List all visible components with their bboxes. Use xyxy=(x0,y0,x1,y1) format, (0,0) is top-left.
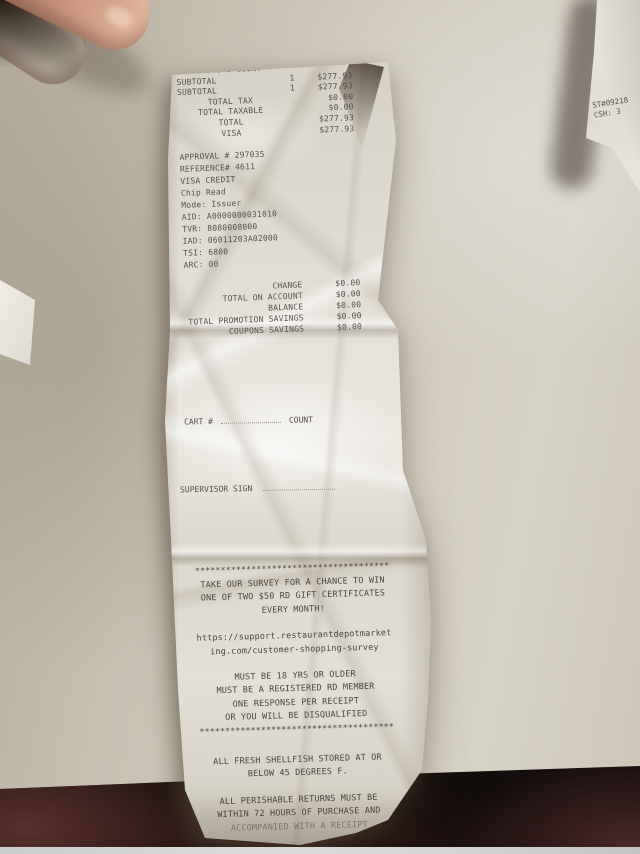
floor-baseboard xyxy=(0,847,640,854)
receipt-footer-section: ************************************** T… xyxy=(166,559,425,837)
cart-line: CART # COUNT xyxy=(184,413,360,426)
totals-value: $0.00 xyxy=(295,92,353,103)
cart-label: CART # xyxy=(184,417,213,427)
totals-count: 1 xyxy=(269,84,295,94)
totals-count: 1 xyxy=(268,73,294,83)
totals-label: VISA xyxy=(221,128,241,138)
totals-value: 1 xyxy=(294,60,352,71)
account-value: $0.00 xyxy=(304,321,362,334)
account-section: CHANGE $0.00 TOTAL ON ACCOUNT $0.00 BALA… xyxy=(184,277,362,339)
totals-value: $277.93 xyxy=(295,81,353,92)
payment-details-section: APPROVAL # 297035 REFERENCE# 4611 VISA C… xyxy=(179,145,359,272)
totals-label: SUBTOTAL xyxy=(177,87,217,98)
supervisor-label: SUPERVISOR SIGN xyxy=(180,484,252,494)
totals-value: $277.93 xyxy=(296,124,354,135)
totals-value: $277.93 xyxy=(294,71,352,82)
totals-value: $277.93 xyxy=(296,113,354,124)
totals-value: $0.00 xyxy=(296,103,354,114)
account-label: COUPONS SAVINGS xyxy=(229,323,305,337)
count-label: COUNT xyxy=(289,415,313,424)
main-receipt: TOTAL UNITS COUNT 1 SUBTOTAL 1 $277.93 S… xyxy=(160,55,440,854)
totals-label: TOTAL xyxy=(218,117,243,127)
supervisor-blank-line xyxy=(263,482,335,491)
side-receipt-text: ST#09218 CSH: 3 xyxy=(592,95,631,120)
totals-label: TOTAL TAX xyxy=(208,96,253,107)
cart-blank-line xyxy=(221,415,281,424)
receipt-paper: TOTAL UNITS COUNT 1 SUBTOTAL 1 $277.93 S… xyxy=(160,55,440,854)
totals-label: SUBTOTAL xyxy=(176,76,216,87)
totals-count xyxy=(268,69,294,70)
totals-label: TOTAL TAXABLE xyxy=(198,106,264,117)
receipt-totals-section: TOTAL UNITS COUNT 1 SUBTOTAL 1 $277.93 S… xyxy=(176,60,362,339)
supervisor-line: SUPERVISOR SIGN xyxy=(180,482,335,495)
photo-scene: ST#09218 CSH: 3 TOTAL UNITS COUNT 1 SUBT… xyxy=(0,0,640,854)
